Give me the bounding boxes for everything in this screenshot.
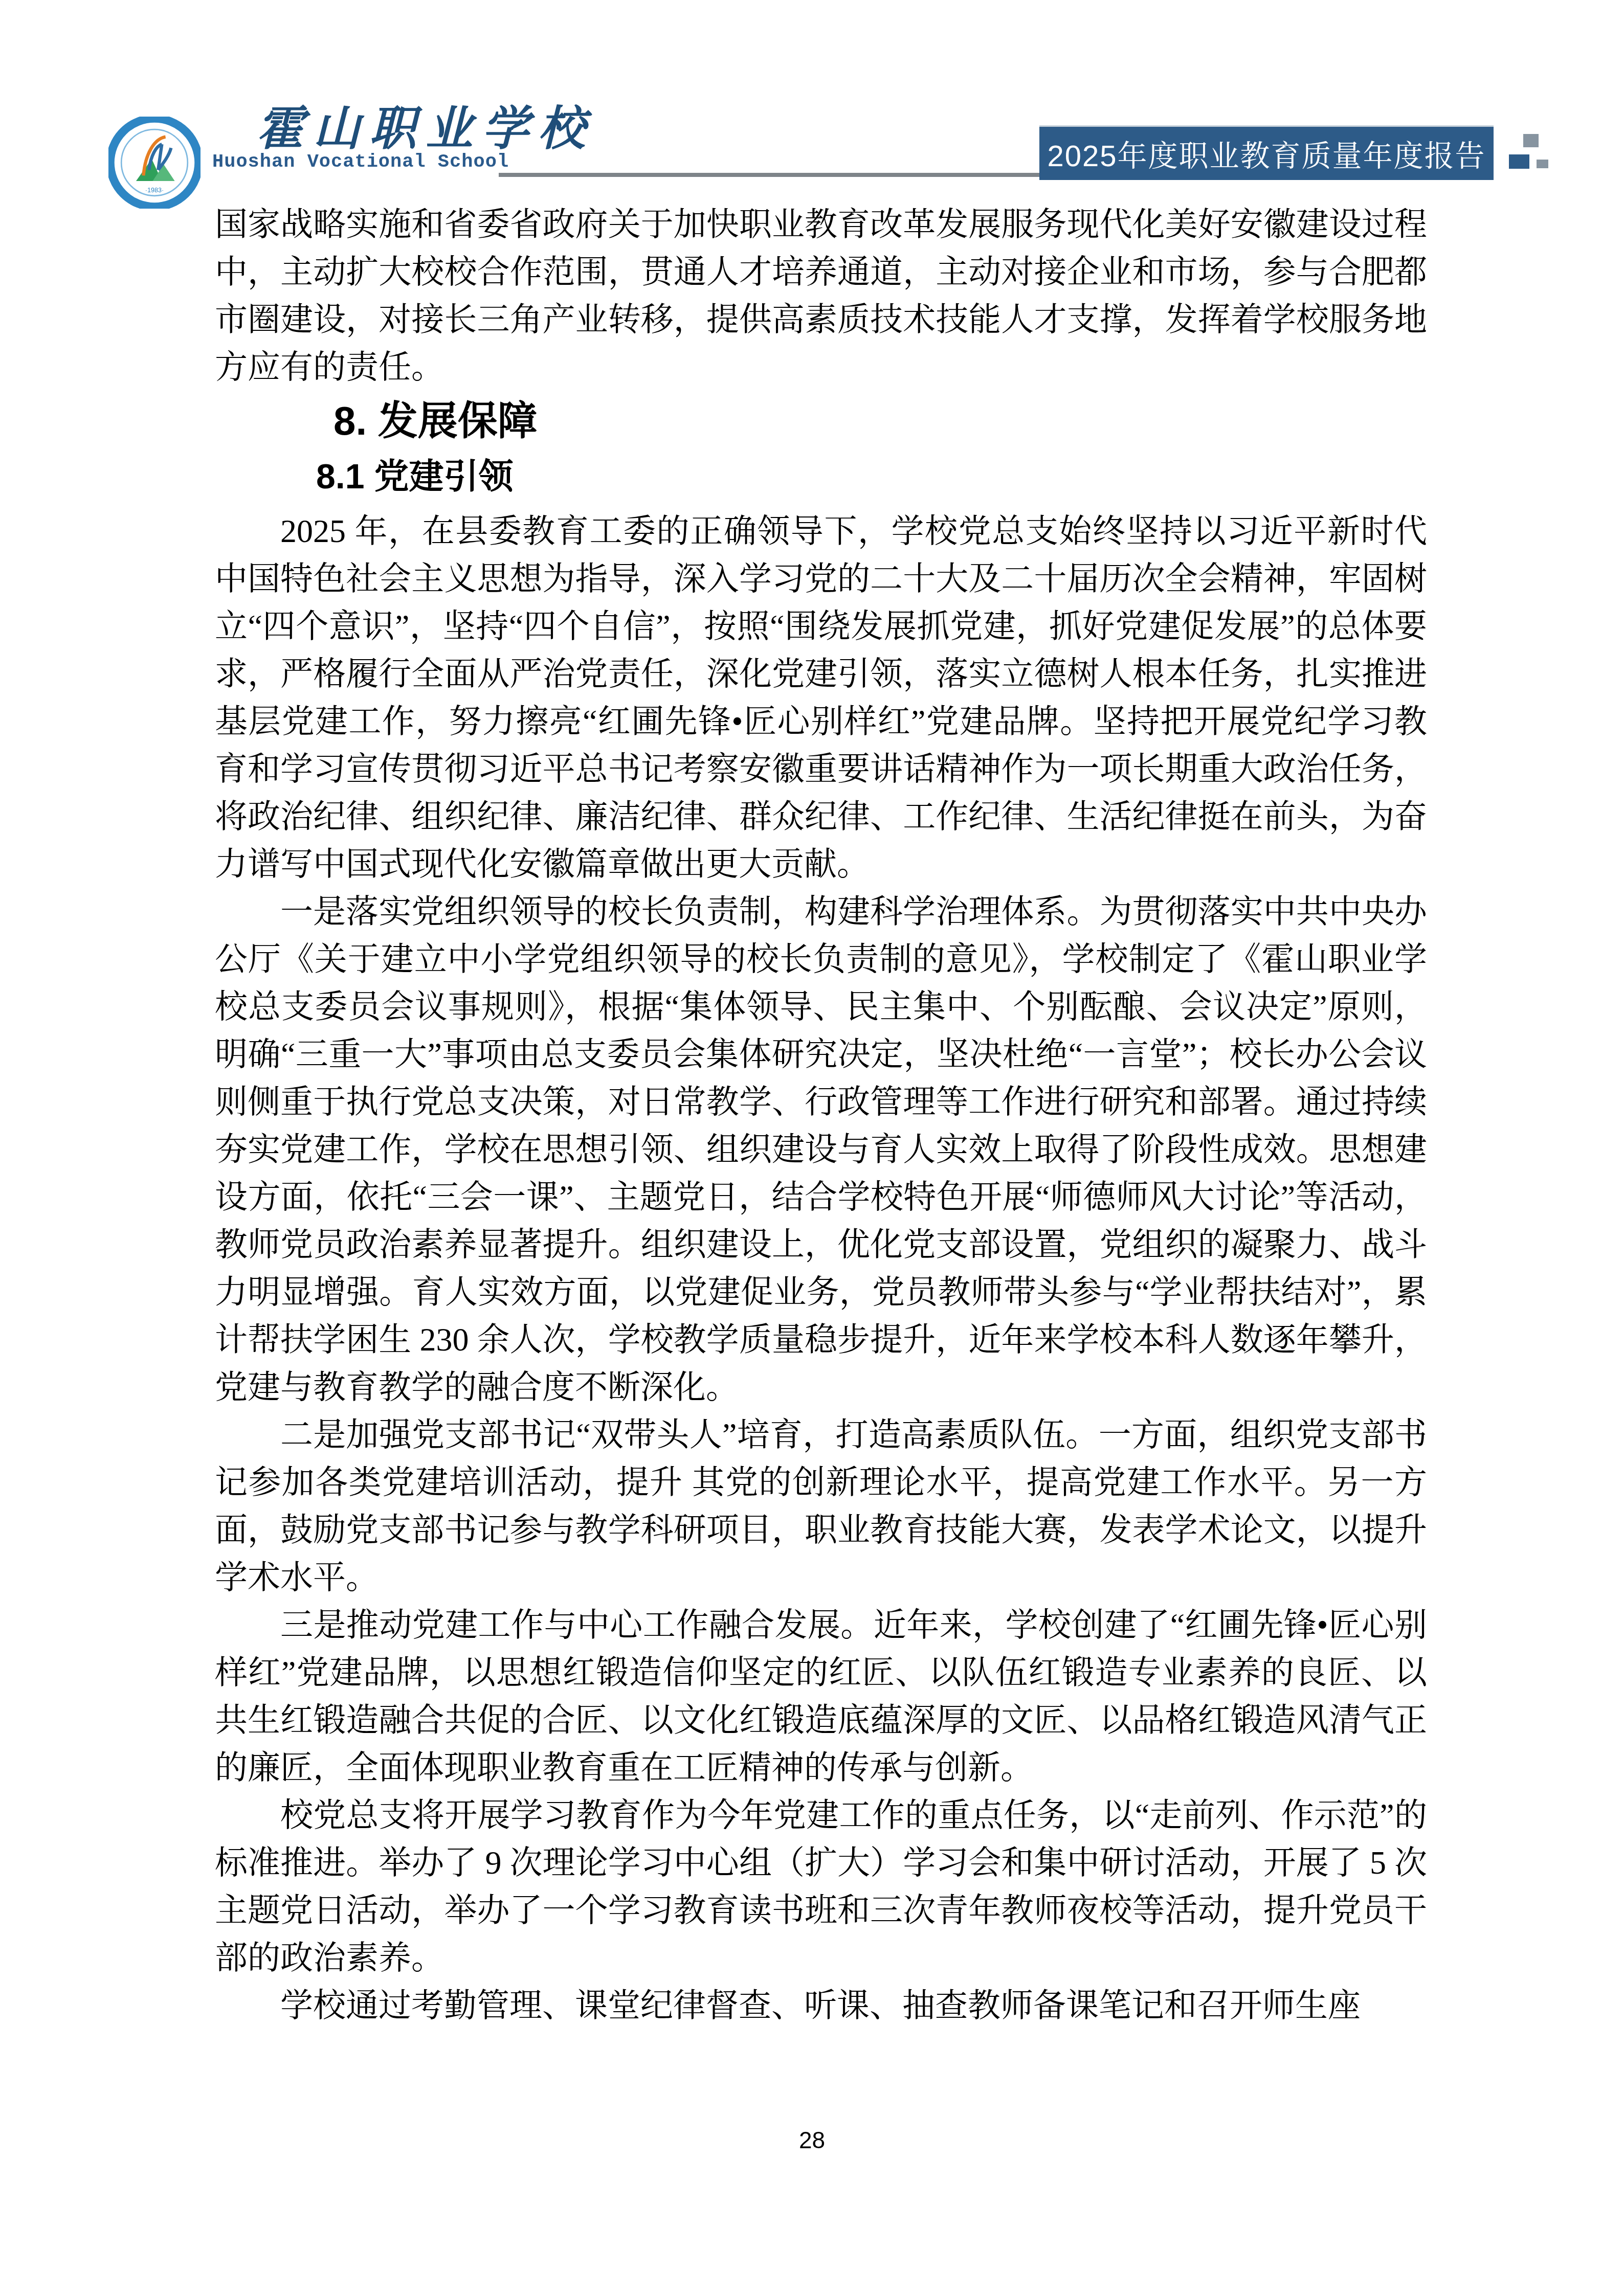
page-number: 28 (0, 2126, 1624, 2154)
school-name: 霍山职业学校 (257, 91, 646, 147)
paragraph-study-education: 校党总支将开展学习教育作为今年党建工作的重点任务，以“走前列、作示范”的标准推进… (215, 1791, 1427, 1982)
report-title: 2025年度职业教育质量年度报告 (1047, 132, 1485, 175)
logo-year-label: ·1983· (145, 187, 164, 194)
subsection-heading: 8.1 党建引领 (316, 449, 1427, 504)
paragraph-teaching-supervision: 学校通过考勤管理、课堂纪律督查、听课、抽查教师备课笔记和召开师生座 (215, 1982, 1427, 2029)
paragraph-principal-responsibility: 一是落实党组织领导的校长负责制，构建科学治理体系。为贯彻落实中共中央办公厅《关于… (215, 888, 1427, 1411)
school-name-english: Huoshan Vocational School (212, 151, 509, 173)
school-logo-icon: ·1983· (108, 117, 201, 209)
section-heading: 8. 发展保障 (333, 393, 1427, 449)
banner-deco-square-blue (1509, 154, 1529, 169)
school-logo: ·1983· (108, 117, 201, 209)
paragraph-intro: 国家战略实施和省委省政府关于加快职业教育改革发展服务现代化美好安徽建设过程中，主… (215, 200, 1427, 391)
paragraph-party-leadership: 2025 年，在县委教育工委的正确领导下，学校党总支始终坚持以习近平新时代中国特… (215, 507, 1427, 888)
header-divider (499, 173, 1042, 177)
banner-deco-square-small (1537, 160, 1548, 168)
paragraph-brand-building: 三是推动党建工作与中心工作融合发展。近年来，学校创建了“红圃先锋•匠心别样红”党… (215, 1601, 1427, 1791)
banner-deco-square-gray (1523, 134, 1539, 147)
page-content: 国家战略实施和省委省政府关于加快职业教育改革发展服务现代化美好安徽建设过程中，主… (215, 200, 1427, 2029)
report-page: ·1983· 霍山职业学校 Huoshan Vocational School … (0, 0, 1624, 2296)
logo-inner-circle (121, 129, 188, 196)
paragraph-branch-secretary: 二是加强党支部书记“双带头人”培育，打造高素质队伍。一方面，组织党支部书记参加各… (215, 1411, 1427, 1601)
report-title-banner: 2025年度职业教育质量年度报告 (1039, 125, 1494, 180)
